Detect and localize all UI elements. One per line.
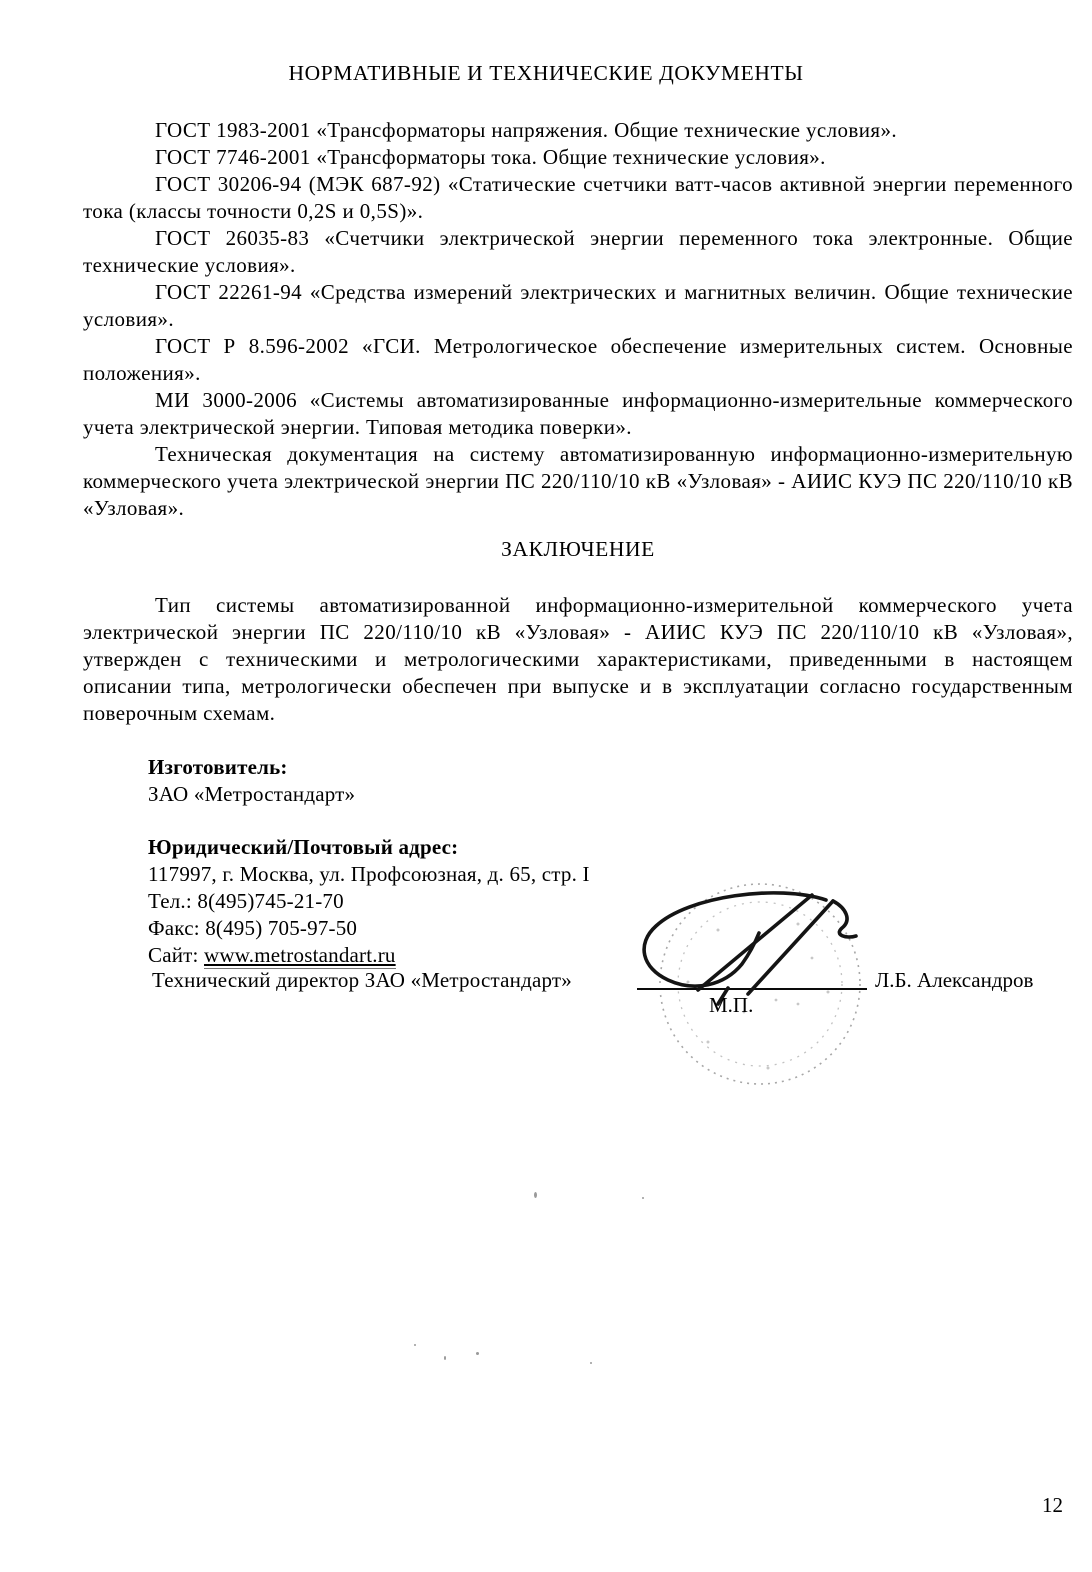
scanned-document-page: НОРМАТИВНЫЕ И ТЕХНИЧЕСКИЕ ДОКУМЕНТЫ ГОСТ… — [0, 0, 1092, 1572]
signer-name: Л.Б. Александров — [875, 967, 1033, 994]
website-line: Сайт: www.metrostandart.ru — [148, 942, 590, 969]
section-title-conclusion: ЗАКЛЮЧЕНИЕ — [83, 536, 1073, 563]
fax-line: Факс: 8(495) 705-97-50 — [148, 915, 590, 942]
manufacturer-name: ЗАО «Метростандарт» — [148, 781, 590, 808]
address-label: Юридический/Почтовый адрес: — [148, 834, 590, 861]
conclusion-text: Тип системы автоматизированной информаци… — [83, 592, 1073, 727]
standard-item: ГОСТ 7746-2001 «Трансформаторы тока. Общ… — [83, 144, 1073, 171]
standard-item: МИ 3000-2006 «Системы автоматизированные… — [83, 387, 1073, 441]
manufacturer-label: Изготовитель: — [148, 754, 590, 781]
website-label: Сайт: — [148, 943, 204, 967]
standard-item: ГОСТ 30206-94 (МЭК 687-92) «Статические … — [83, 171, 1073, 225]
standard-item: ГОСТ 1983-2001 «Трансформаторы напряжени… — [83, 117, 1073, 144]
page-number: 12 — [1042, 1492, 1063, 1519]
phone-line: Тел.: 8(495)745-21-70 — [148, 888, 590, 915]
standard-item: ГОСТ 22261-94 «Средства измерений электр… — [83, 279, 1073, 333]
scan-speck — [534, 1192, 537, 1198]
scan-speck — [476, 1352, 479, 1355]
blank-line — [148, 808, 590, 834]
scan-speck — [444, 1356, 446, 1360]
standard-item: Техническая документация на систему авто… — [83, 441, 1073, 522]
manufacturer-block: Изготовитель: ЗАО «Метростандарт» Юридич… — [148, 754, 590, 969]
section-title-normative-documents: НОРМАТИВНЫЕ И ТЕХНИЧЕСКИЕ ДОКУМЕНТЫ — [52, 60, 1040, 87]
standards-list: ГОСТ 1983-2001 «Трансформаторы напряжени… — [83, 117, 1073, 522]
signatory-role: Технический директор ЗАО «Метростандарт» — [152, 967, 572, 994]
standard-item: ГОСТ Р 8.596-2002 «ГСИ. Метрологическое … — [83, 333, 1073, 387]
address-line: 117997, г. Москва, ул. Профсоюзная, д. 6… — [148, 861, 590, 888]
website-url: www.metrostandart.ru — [204, 943, 396, 969]
scan-speck — [590, 1362, 592, 1364]
standard-item: ГОСТ 26035-83 «Счетчики электрической эн… — [83, 225, 1073, 279]
stamp-place-label: М.П. — [709, 992, 753, 1019]
scan-speck — [414, 1344, 416, 1346]
scan-speck — [642, 1197, 644, 1199]
